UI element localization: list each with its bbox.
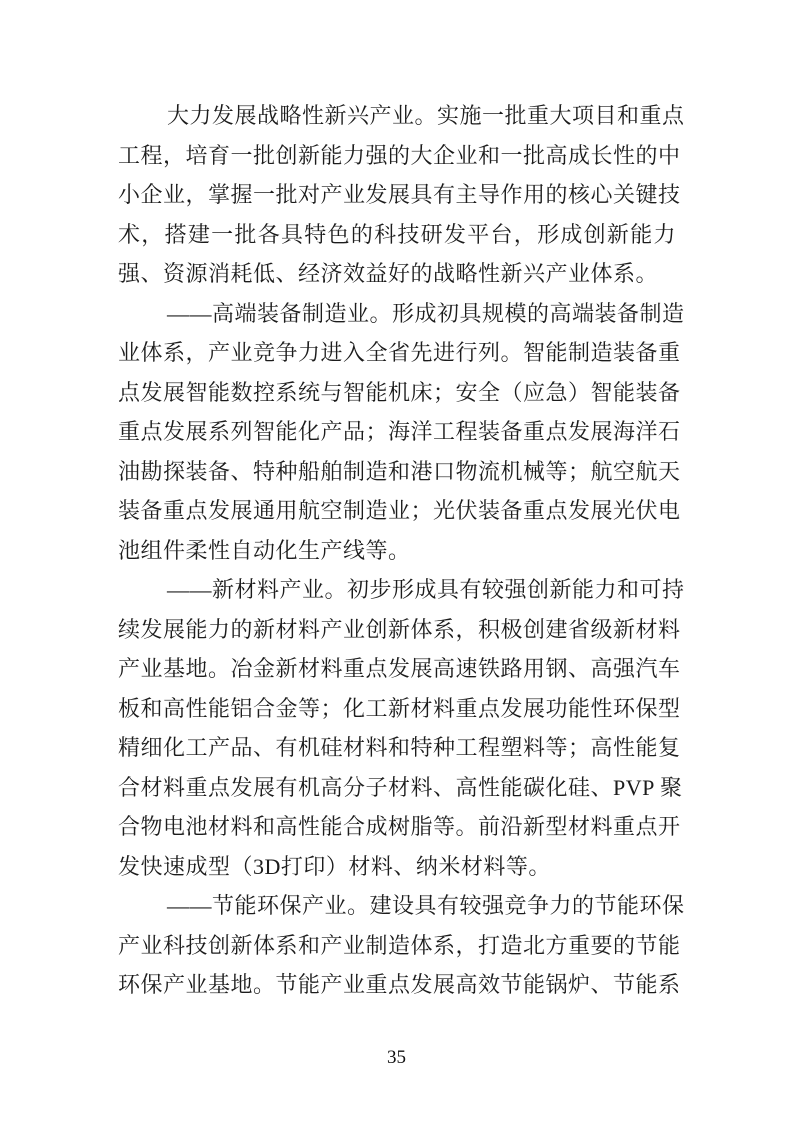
text-line: 合材料重点发展有机高分子材料、高性能碳化硅、PVP 聚 xyxy=(118,768,676,808)
text-line: 发快速成型（3D打印）材料、纳米材料等。 xyxy=(118,847,676,887)
text-line: 点发展智能数控系统与智能机床；安全（应急）智能装备 xyxy=(118,373,676,413)
text-line: 业体系，产业竞争力进入全省先进行列。智能制造装备重 xyxy=(118,333,676,373)
text-line: 油勘探装备、特种船舶制造和港口物流机械等；航空航天 xyxy=(118,452,676,492)
text-line: 小企业，掌握一批对产业发展具有主导作用的核心关键技 xyxy=(118,175,676,215)
text-line: 池组件柔性自动化生产线等。 xyxy=(118,531,676,571)
text-line: 工程，培育一批创新能力强的大企业和一批高成长性的中 xyxy=(118,136,676,176)
text-line: 合物电池材料和高性能合成树脂等。前沿新型材料重点开 xyxy=(118,807,676,847)
text-line: ——新材料产业。初步形成具有较强创新能力和可持 xyxy=(118,570,676,610)
text-line: 产业基地。冶金新材料重点发展高速铁路用钢、高强汽车 xyxy=(118,649,676,689)
text-line: 重点发展系列智能化产品；海洋工程装备重点发展海洋石 xyxy=(118,412,676,452)
text-line: 术，搭建一批各具特色的科技研发平台，形成创新能力 xyxy=(118,215,676,255)
text-line: 大力发展战略性新兴产业。实施一批重大项目和重点 xyxy=(118,96,676,136)
text-line: ——高端装备制造业。形成初具规模的高端装备制造 xyxy=(118,294,676,334)
text-line: 板和高性能铝合金等；化工新材料重点发展功能性环保型 xyxy=(118,689,676,729)
page-number: 35 xyxy=(0,1046,793,1070)
text-line: 强、资源消耗低、经济效益好的战略性新兴产业体系。 xyxy=(118,254,676,294)
text-line: 续发展能力的新材料产业创新体系，积极创建省级新材料 xyxy=(118,610,676,650)
text-line: 环保产业基地。节能产业重点发展高效节能锅炉、节能系 xyxy=(118,965,676,1005)
document-page: 大力发展战略性新兴产业。实施一批重大项目和重点工程，培育一批创新能力强的大企业和… xyxy=(0,0,793,1122)
text-line: 装备重点发展通用航空制造业；光伏装备重点发展光伏电 xyxy=(118,491,676,531)
text-block: 大力发展战略性新兴产业。实施一批重大项目和重点工程，培育一批创新能力强的大企业和… xyxy=(118,96,676,1005)
text-line: ——节能环保产业。建设具有较强竞争力的节能环保 xyxy=(118,886,676,926)
text-line: 产业科技创新体系和产业制造体系，打造北方重要的节能 xyxy=(118,926,676,966)
text-line: 精细化工产品、有机硅材料和特种工程塑料等；高性能复 xyxy=(118,728,676,768)
